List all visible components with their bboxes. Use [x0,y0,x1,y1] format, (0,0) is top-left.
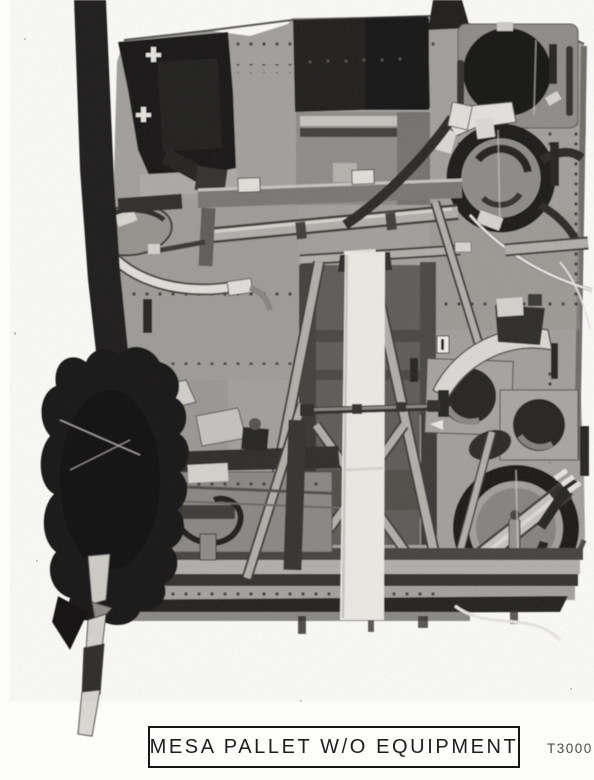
figure-caption-text: MESA PALLET W/O EQUIPMENT [150,736,519,759]
figure-caption-box: MESA PALLET W/O EQUIPMENT [148,726,520,768]
document-page: MESA PALLET W/O EQUIPMENT T3000 [0,0,594,780]
figure-code: T3000 [547,741,593,756]
mesa-pallet-photograph [0,0,594,780]
film-grain [38,0,594,668]
